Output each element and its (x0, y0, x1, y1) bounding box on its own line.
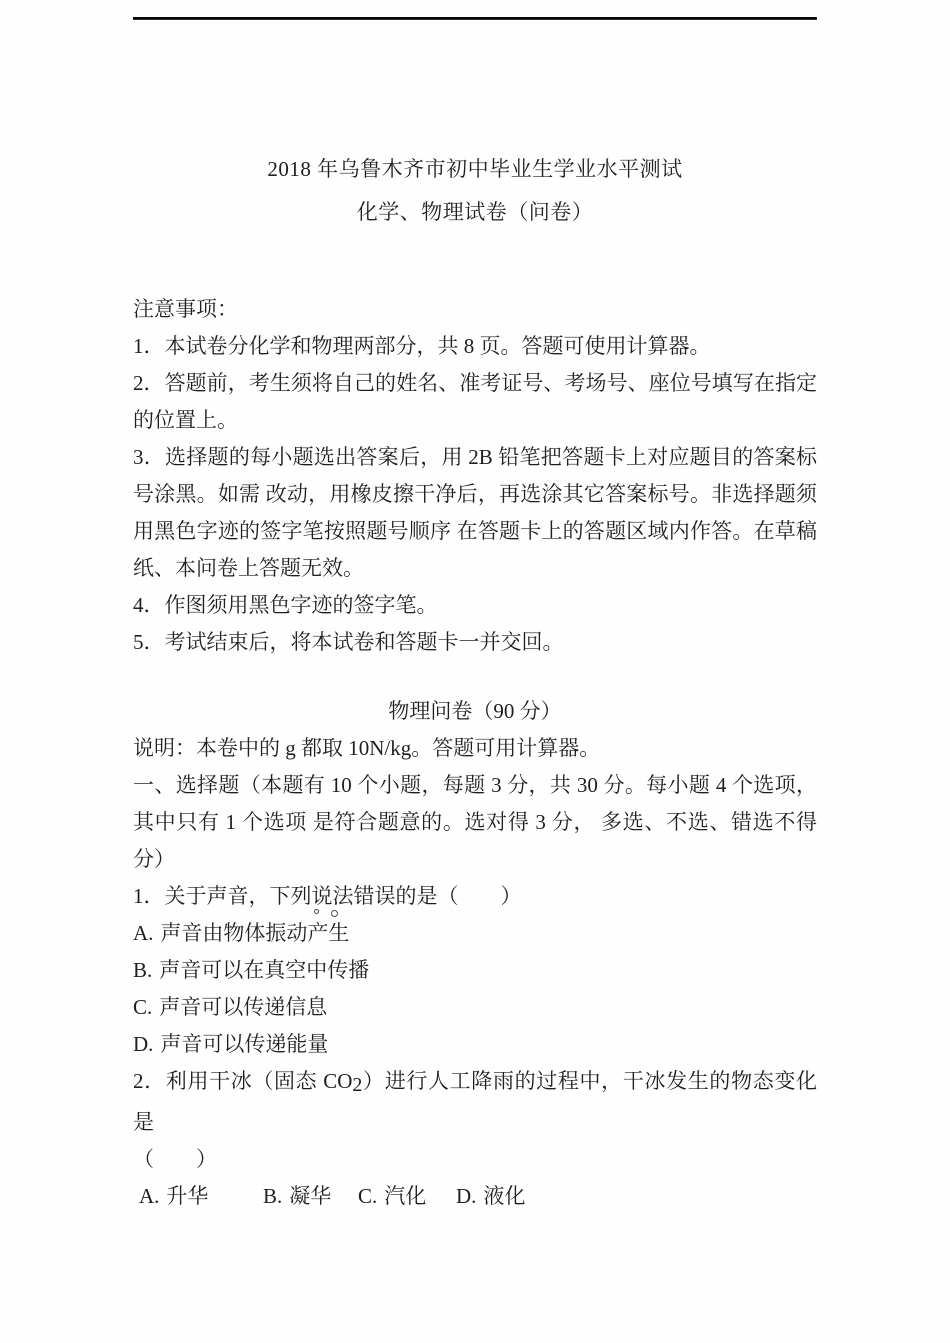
option-c-text: 声音可以传递信息 (159, 995, 327, 1019)
option-c-label: C. (358, 1184, 377, 1208)
question-1-stem-text: 关于声音，下列说法 (165, 884, 354, 908)
physics-section-title: 物理问卷（90 分） (133, 693, 817, 730)
question-1-option-c: C.声音可以传递信息 (133, 989, 817, 1026)
option-a-label: A. (133, 921, 153, 945)
notice-item-4: 4．作图须用黑色字迹的签字笔。 (133, 587, 817, 624)
question-2-stem-text: 利用干冰（固态 CO (166, 1069, 353, 1093)
question-2-options-row: A.升华B.凝华C.汽化D.液化 (133, 1178, 817, 1215)
option-d-text: 声音可以传递能量 (160, 1032, 328, 1056)
question-2-option-c: C.汽化 (358, 1178, 456, 1215)
page-content: 2018 年乌鲁木齐市初中毕业生学业水平测试 化学、物理试卷（问卷） 注意事项：… (0, 0, 950, 1215)
question-1-emphasis-text: 错误 (354, 884, 396, 908)
notices-heading: 注意事项： (133, 291, 817, 328)
option-b-label: B. (263, 1184, 282, 1208)
option-a-text: 升华 (166, 1184, 208, 1208)
question-2-number: 2． (133, 1069, 166, 1093)
exam-paper-page: 2018 年乌鲁木齐市初中毕业生学业水平测试 化学、物理试卷（问卷） 注意事项：… (0, 0, 950, 1343)
co2-subscript: 2 (352, 1074, 362, 1096)
section-note: 说明：本卷中的 g 都取 10N/kg。答题可用计算器。 (133, 730, 817, 767)
header-rule (133, 17, 817, 20)
option-a-label: A. (139, 1184, 159, 1208)
question-2-option-d: D.液化 (456, 1178, 525, 1215)
question-1-stem-tail: 的是（ ） (396, 884, 522, 908)
option-b-text: 声音可以在真空中传播 (159, 958, 369, 982)
question-2-stem: 2．利用干冰（固态 CO2）进行人工降雨的过程中，干冰发生的物态变化是 (133, 1063, 817, 1141)
option-b-text: 凝华 (289, 1184, 331, 1208)
question-1-option-a: A.声音由物体振动产生 (133, 915, 817, 952)
question-2-option-b: B.凝华 (263, 1178, 358, 1215)
notice-item-3: 3．选择题的每小题选出答案后，用 2B 铅笔把答题卡上对应题目的答案标号涂黑。如… (133, 439, 817, 587)
option-d-label: D. (456, 1184, 476, 1208)
notice-item-2: 2．答题前，考生须将自己的姓名、准考证号、考场号、座位号填写在指定的位置上。 (133, 365, 817, 439)
notice-item-5: 5．考试结束后，将本试卷和答题卡一并交回。 (133, 624, 817, 661)
option-b-label: B. (133, 958, 152, 982)
option-a-text: 声音由物体振动产生 (160, 921, 349, 945)
notices-section: 注意事项： 1．本试卷分化学和物理两部分，共 8 页。答题可使用计算器。 2．答… (133, 291, 817, 661)
question-2-answer-blank: （ ） (133, 1141, 817, 1178)
part1-heading: 一、选择题（本题有 10 个小题，每题 3 分，共 30 分。每小题 4 个选项… (133, 767, 817, 878)
question-1-option-d: D.声音可以传递能量 (133, 1026, 817, 1063)
question-1-number: 1． (133, 884, 165, 908)
notice-item-1: 1．本试卷分化学和物理两部分，共 8 页。答题可使用计算器。 (133, 328, 817, 365)
document-title: 2018 年乌鲁木齐市初中毕业生学业水平测试 (133, 156, 817, 182)
option-d-label: D. (133, 1032, 153, 1056)
question-1-stem: 1．关于声音，下列说法错误的是（ ） (133, 878, 817, 915)
option-c-label: C. (133, 995, 152, 1019)
document-subtitle: 化学、物理试卷（问卷） (133, 199, 817, 225)
option-c-text: 汽化 (384, 1184, 426, 1208)
question-1-option-b: B.声音可以在真空中传播 (133, 952, 817, 989)
question-2-option-a: A.升华 (139, 1178, 263, 1215)
emphasis-dots (314, 909, 319, 914)
option-d-text: 液化 (483, 1184, 525, 1208)
